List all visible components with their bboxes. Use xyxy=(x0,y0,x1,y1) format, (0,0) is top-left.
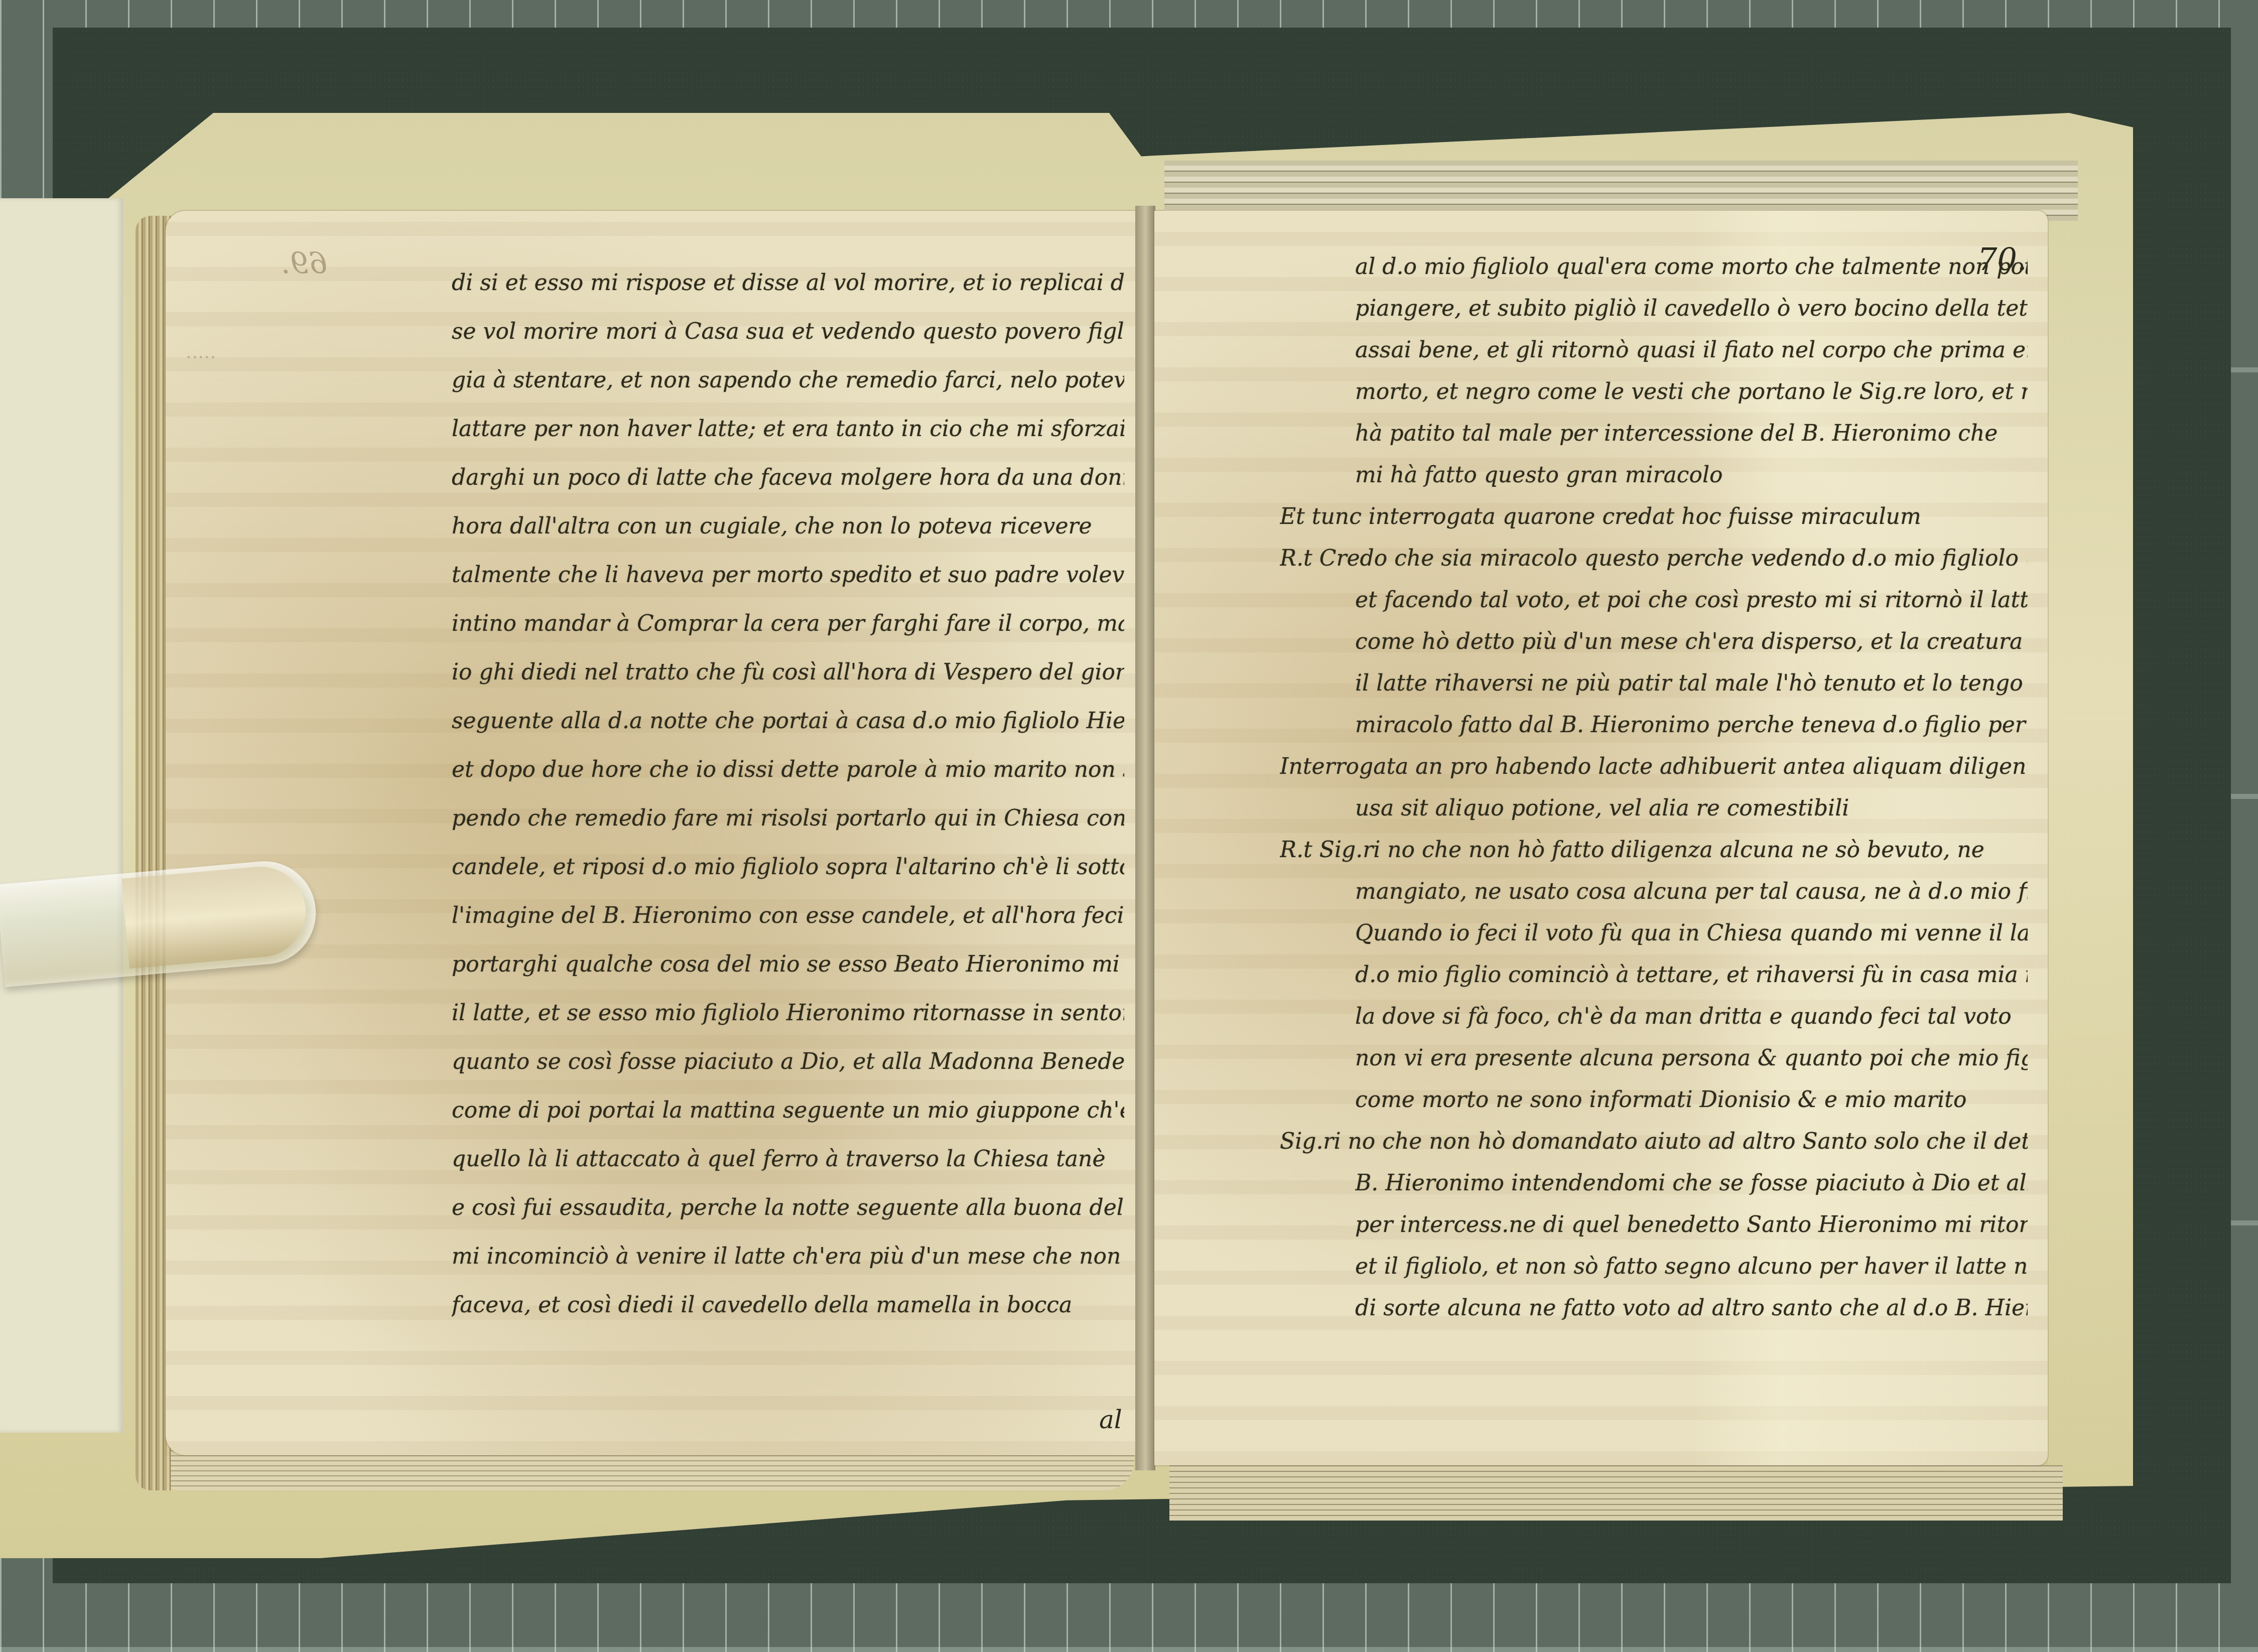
text-line: Et tunc interrogata quarone credat hoc f… xyxy=(1280,496,2028,537)
text-line: et dopo due hore che io dissi dette paro… xyxy=(452,745,1124,794)
text-line: Sig.ri no che non hò domandato aiuto ad … xyxy=(1280,1121,2028,1162)
text-line: lattare per non haver latte; et era tant… xyxy=(452,404,1124,453)
right-page-text: al d.o mio figliolo qual'era come morto … xyxy=(1355,246,2028,1329)
text-line: l'imagine del B. Hieronimo con esse cand… xyxy=(452,891,1124,940)
text-line: mangiato, ne usato cosa alcuna per tal c… xyxy=(1355,871,2028,912)
text-line: usa sit aliquo potione, vel alia re come… xyxy=(1355,787,2028,829)
text-line: miracolo fatto dal B. Hieronimo perche t… xyxy=(1355,704,2028,746)
text-line: R.t Credo che sia miracolo questo perche… xyxy=(1280,537,2028,579)
margin-bleed-through: ····· xyxy=(186,346,216,368)
text-line: io ghi diedi nel tratto che fù così all'… xyxy=(452,648,1124,697)
text-line: candele, et riposi d.o mio figliolo sopr… xyxy=(452,843,1124,891)
text-line: di si et esso mi rispose et disse al vol… xyxy=(452,258,1124,307)
text-line: portarghi qualche cosa del mio se esso B… xyxy=(452,940,1124,989)
text-line: al d.o mio figliolo qual'era come morto … xyxy=(1355,246,2028,288)
text-line: non vi era presente alcuna persona & qua… xyxy=(1355,1037,2028,1079)
text-line: morto, et negro come le vesti che portan… xyxy=(1355,371,2028,412)
text-line: mi hà fatto questo gran miracolo xyxy=(1355,454,2028,496)
text-line: assai bene, et gli ritornò quasi il fiat… xyxy=(1355,329,2028,371)
text-line: gia à stentare, et non sapendo che remed… xyxy=(452,356,1124,404)
text-line: mi incominciò à venire il latte ch'era p… xyxy=(452,1232,1124,1281)
text-line: hà patito tal male per intercessione del… xyxy=(1355,412,2028,454)
loose-leaf xyxy=(0,198,123,1433)
text-line: come morto ne sono informati Dionisio & … xyxy=(1355,1079,2028,1121)
left-page: 69. ····· di si et esso mi rispose et di… xyxy=(166,211,1137,1455)
text-line: Quando io feci il voto fù qua in Chiesa … xyxy=(1355,912,2028,954)
text-line: Interrogata an pro habendo lacte adhibue… xyxy=(1280,746,2028,787)
text-line: come di poi portai la mattina seguente u… xyxy=(452,1086,1124,1135)
text-line: quanto se così fosse piaciuto a Dio, et … xyxy=(452,1037,1124,1086)
catchword: al xyxy=(1099,1405,1122,1434)
text-line: pendo che remedio fare mi risolsi portar… xyxy=(452,794,1124,843)
text-line: talmente che li haveva per morto spedito… xyxy=(452,550,1124,599)
text-line: et il figliolo, et non sò fatto segno al… xyxy=(1355,1246,2028,1287)
text-line: e così fui essaudita, perche la notte se… xyxy=(452,1183,1124,1232)
text-line: d.o mio figlio cominciò à tettare, et ri… xyxy=(1355,954,2028,996)
text-line: et facendo tal voto, et poi che così pre… xyxy=(1355,579,2028,621)
text-line: intino mandar à Comprar la cera per farg… xyxy=(452,599,1124,648)
text-line: come hò detto più d'un mese ch'era dispe… xyxy=(1355,621,2028,662)
right-bottom-edge xyxy=(1169,1465,2063,1521)
text-line: la dove si fà foco, ch'è da man dritta e… xyxy=(1355,996,2028,1037)
text-line: faceva, et così diedi il cavedello della… xyxy=(452,1281,1124,1329)
gutter xyxy=(1135,206,1155,1470)
text-line: per intercess.ne di quel benedetto Santo… xyxy=(1355,1204,2028,1246)
text-line: R.t Sig.ri no che non hò fatto diligenza… xyxy=(1280,829,2028,871)
bleed-through-folio: 69. xyxy=(281,246,327,280)
left-page-text: di si et esso mi rispose et disse al vol… xyxy=(452,258,1124,1329)
right-page: 70. al d.o mio figliolo qual'era come mo… xyxy=(1154,211,2048,1465)
text-line: seguente alla d.a notte che portai à cas… xyxy=(452,697,1124,745)
text-line: quello là li attaccato à quel ferro à tr… xyxy=(452,1135,1124,1183)
text-line: il latte rihaversi ne più patir tal male… xyxy=(1355,662,2028,704)
text-line: darghi un poco di latte che faceva molge… xyxy=(452,453,1124,502)
text-line: hora dall'altra con un cugiale, che non … xyxy=(452,502,1124,550)
text-line: di sorte alcuna ne fatto voto ad altro s… xyxy=(1355,1287,2028,1329)
text-line: piangere, et subito pigliò il cavedello … xyxy=(1355,288,2028,329)
text-line: il latte, et se esso mio figliolo Hieron… xyxy=(452,989,1124,1037)
text-line: B. Hieronimo intendendomi che se fosse p… xyxy=(1355,1162,2028,1204)
text-line: se vol morire mori à Casa sua et vedendo… xyxy=(452,307,1124,356)
